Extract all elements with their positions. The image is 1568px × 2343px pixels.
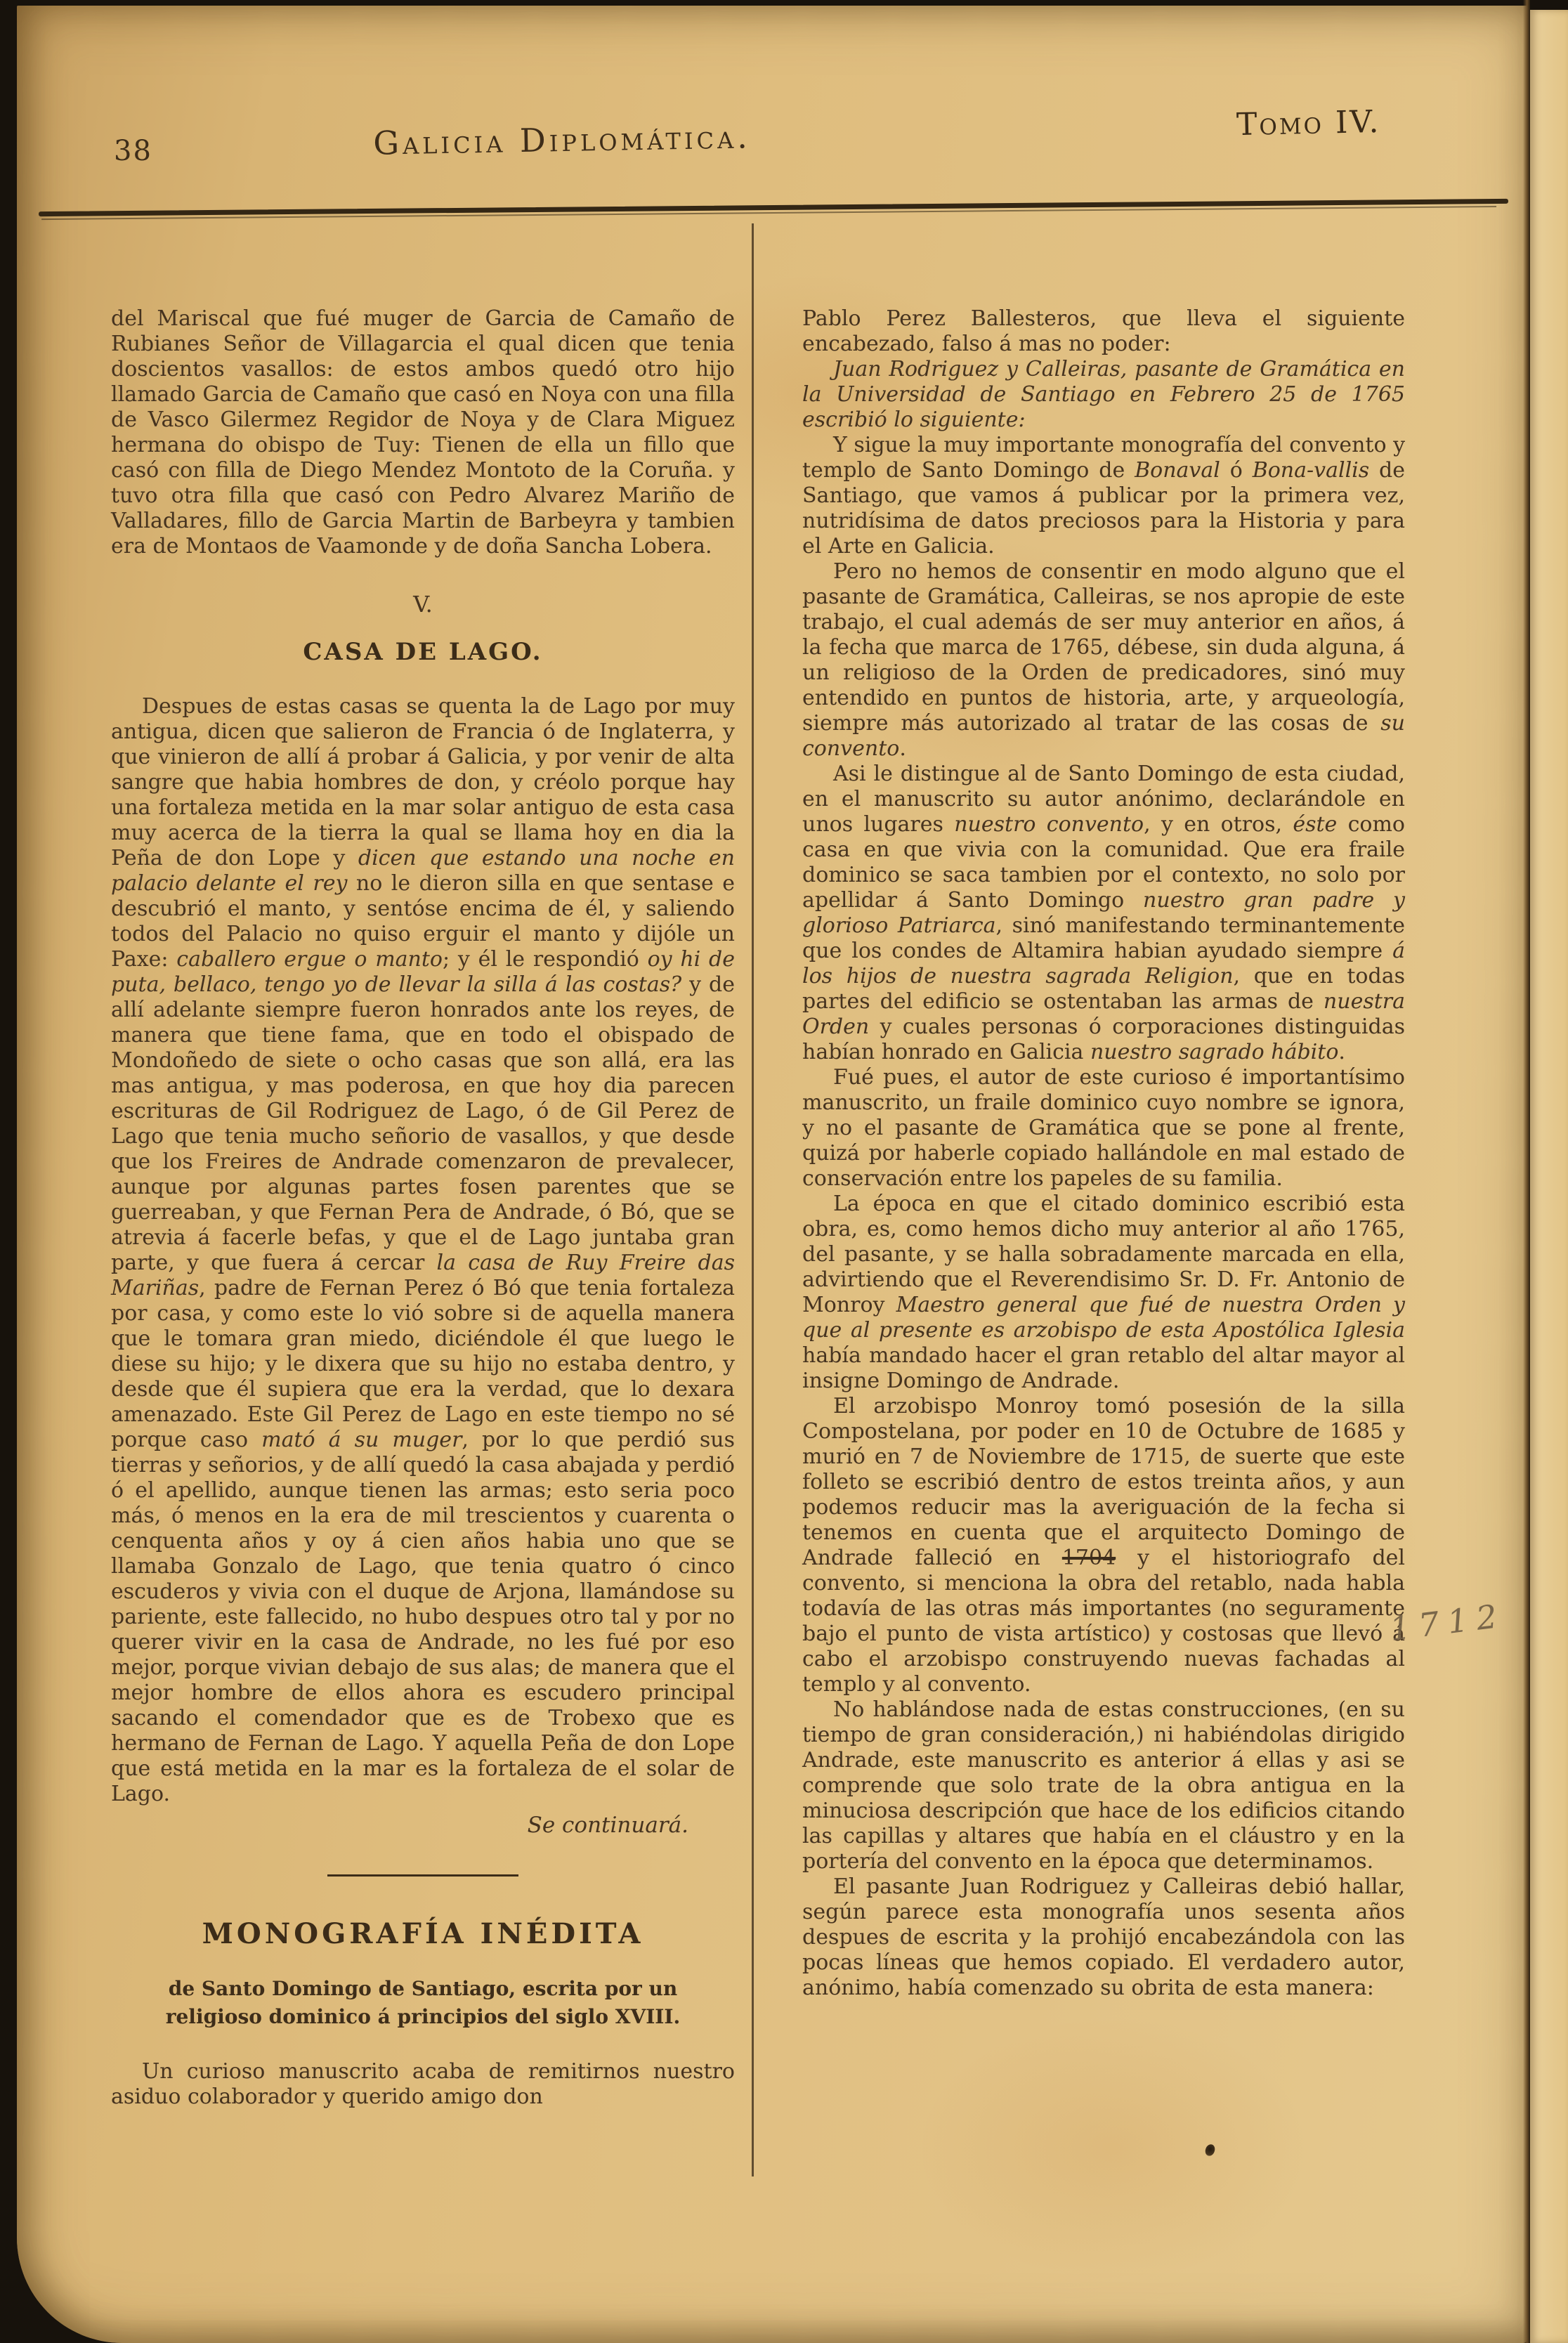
paragraph: El arzobispo Monroy tomó posesión de la …: [802, 1394, 1405, 1697]
article-opening-paragraph: Un curioso manuscrito acaba de remitirno…: [111, 2059, 735, 2110]
journal-title: Galicia Diplomática.: [351, 117, 773, 162]
page-fold-crease: [1523, 0, 1530, 2343]
column-divider: [752, 223, 754, 2176]
left-column: del Mariscal que fué muger de Garcia de …: [111, 306, 735, 2110]
paragraph: El pasante Juan Rodriguez y Calleiras de…: [802, 1874, 1405, 2001]
photographed-book-spread: { "page": { "number": "38", "journal_tit…: [0, 0, 1568, 2343]
body-paragraph: Despues de estas casas se quenta la de L…: [111, 694, 735, 1807]
stain: [916, 2015, 1309, 2282]
section-title: CASA DE LAGO.: [111, 639, 735, 665]
paragraph: Juan Rodriguez y Calleiras, pasante de G…: [802, 357, 1405, 433]
page-number: 38: [114, 135, 152, 167]
paragraph: La época en que el citado dominico escri…: [802, 1192, 1405, 1394]
article-title: MONOGRAFÍA INÉDITA: [111, 1921, 735, 1947]
section-divider-rule: [327, 1874, 518, 1877]
adjacent-page-edge: [1530, 10, 1568, 2343]
paragraph: Pero no hemos de consentir en modo algun…: [802, 559, 1405, 762]
volume-label: Tomo IV.: [1236, 104, 1380, 143]
paragraph: Asi le distingue al de Santo Domingo de …: [802, 762, 1405, 1065]
continuation-note: Se continuará.: [111, 1813, 735, 1838]
paragraph: No hablándose nada de estas construccion…: [802, 1697, 1405, 1874]
paragraph: Y sigue la muy importante monografía del…: [802, 433, 1405, 559]
paragraph: Fué pues, el autor de este curioso é imp…: [802, 1065, 1405, 1192]
continuation-paragraph: del Mariscal que fué muger de Garcia de …: [111, 306, 735, 559]
right-column: Pablo Perez Ballesteros, que lleva el si…: [802, 306, 1405, 2001]
paragraph: Pablo Perez Ballesteros, que lleva el si…: [802, 306, 1405, 357]
article-subtitle: de Santo Domingo de Santiago, escrita po…: [124, 1975, 722, 2031]
section-number: V.: [111, 592, 735, 617]
